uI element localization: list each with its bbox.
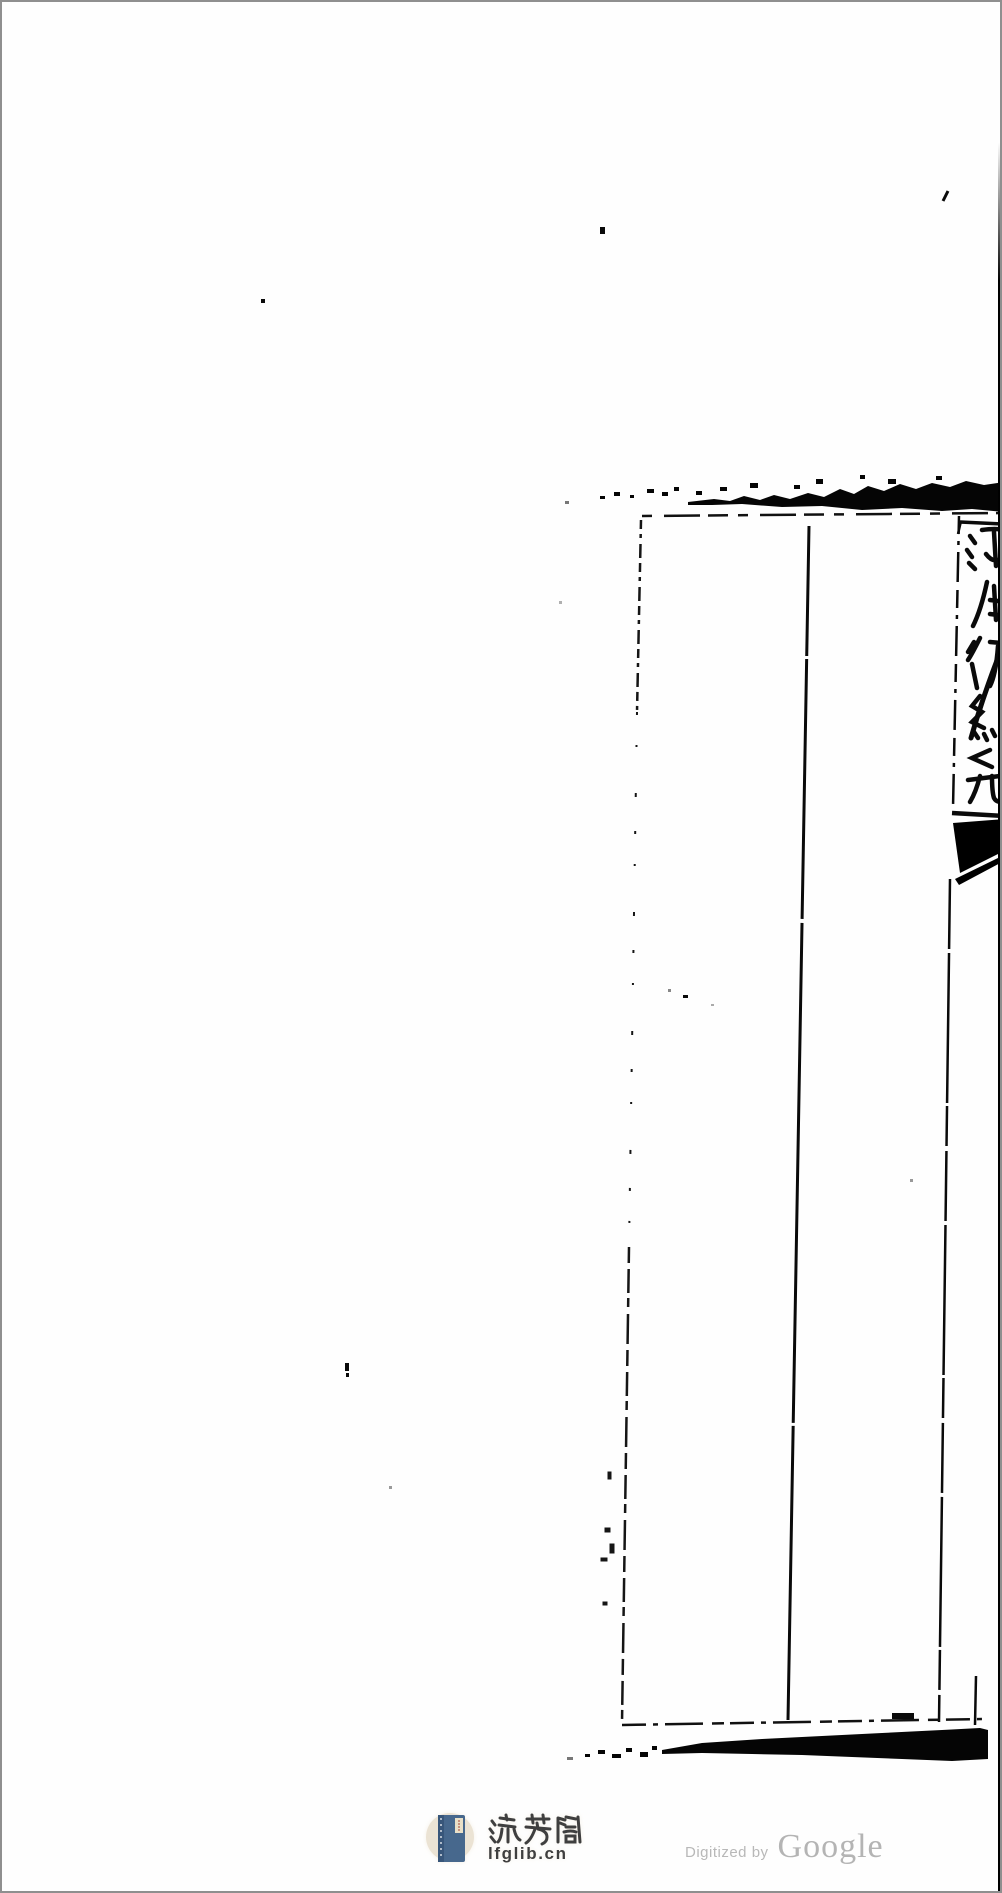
scan-ink-layer bbox=[2, 2, 1002, 1893]
google-credit-prefix: Digitized by bbox=[685, 1844, 769, 1861]
lfg-badge-circle bbox=[425, 1807, 475, 1869]
table-bottom-dashed-rule bbox=[622, 1676, 982, 1725]
book-icon bbox=[438, 1815, 465, 1862]
title-glyph-fragments bbox=[967, 529, 1002, 802]
lfg-watermark: lfglib.cn bbox=[425, 1807, 605, 1869]
table-left-border bbox=[601, 520, 641, 1723]
spine-shadow-line bbox=[998, 280, 1002, 1893]
gutter-shadow-wedge bbox=[953, 819, 1002, 885]
google-credit: Digitized by Google bbox=[685, 1828, 915, 1872]
google-logo-text: Google bbox=[778, 1828, 884, 1866]
table-bottom-ink-band bbox=[567, 1728, 988, 1761]
title-column-border bbox=[939, 516, 1002, 1722]
lfg-domain-text: lfglib.cn bbox=[488, 1844, 568, 1864]
scanned-page: lfglib.cn Digitized by Google bbox=[0, 0, 1002, 1893]
table-top-ink-band bbox=[565, 475, 1002, 512]
ink-specks bbox=[261, 191, 948, 1489]
table-top-dashed-rule bbox=[642, 513, 1002, 516]
table-column-line bbox=[788, 526, 809, 1720]
lfg-brand-hanzi bbox=[486, 1811, 584, 1847]
spine-shadow-fade bbox=[998, 142, 1002, 282]
